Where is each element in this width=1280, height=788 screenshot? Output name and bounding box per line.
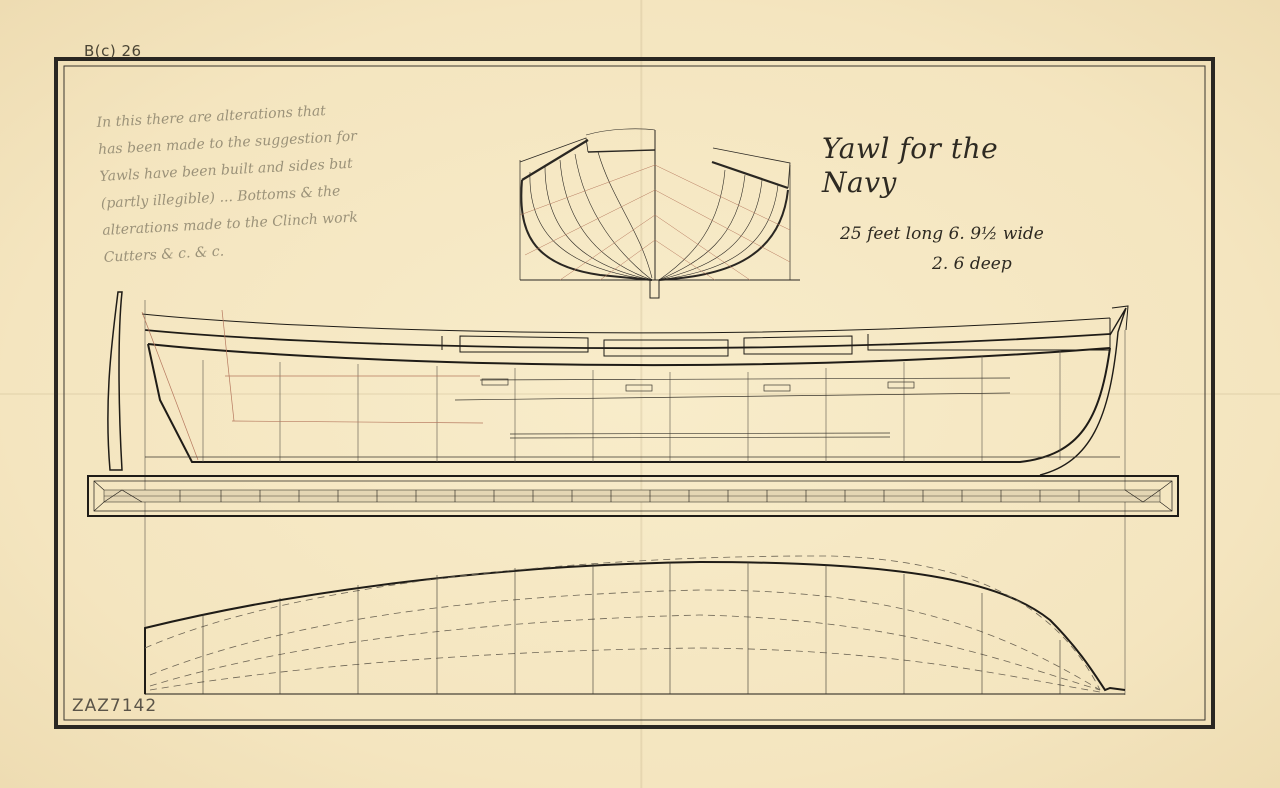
archive-reference-top: B(c) 26 [84,42,142,60]
dimension-depth: 2. 6 deep [932,254,1082,274]
annotation-note: In this there are alterations that has b… [96,90,484,272]
dimension-length-breadth: 25 feet long 6. 9½ wide [840,224,1082,244]
body-plan [520,129,800,298]
keel-strip [88,476,1178,516]
title-block: Yawl for the Navy 25 feet long 6. 9½ wid… [822,132,1082,274]
drawing-title: Yawl for the Navy [822,132,1082,200]
archive-reference-bottom: ZAZ7142 [72,696,157,716]
half-breadth-plan [145,556,1125,694]
